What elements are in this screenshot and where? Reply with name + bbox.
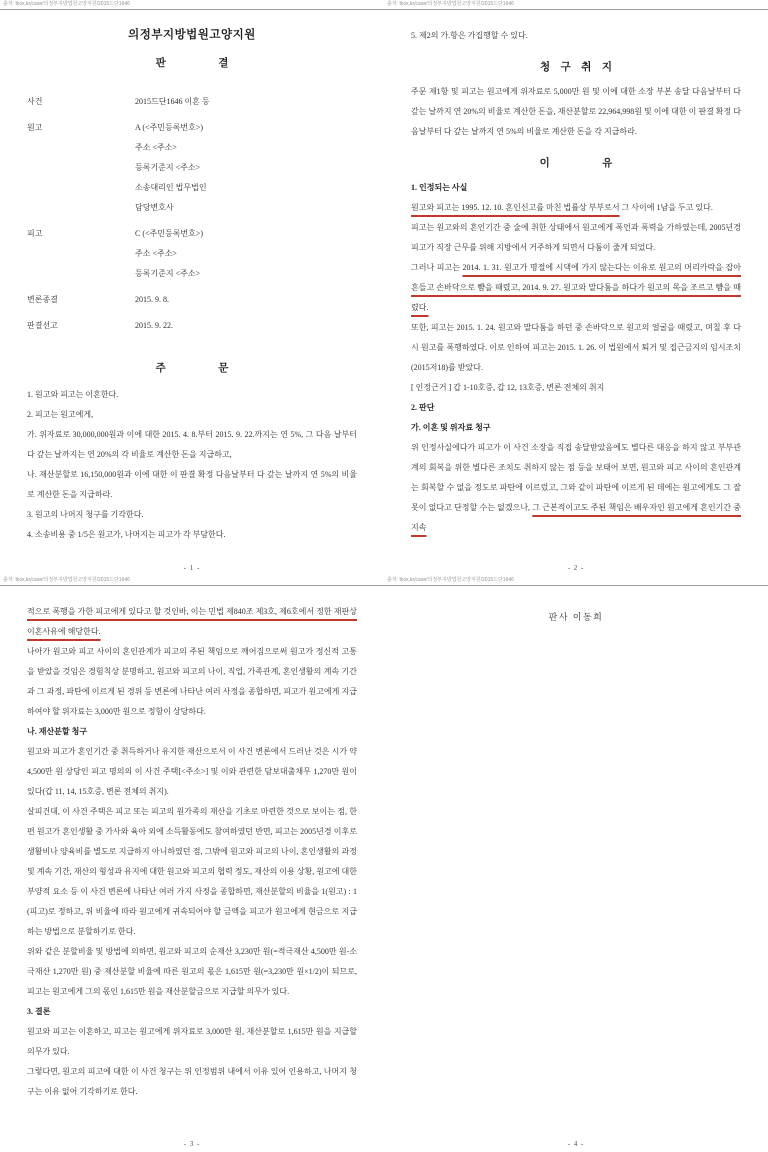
judgment-page-1: 출처: lbox.kr/case/의정부지방법원고양지원/2015드단1646 … [0, 0, 384, 576]
source-attribution: 출처: lbox.kr/case/의정부지방법원고양지원/2015드단1646 [3, 1, 130, 8]
text-segment: 나. 재산분할 청구 [27, 727, 87, 736]
field-value: 2015. 9. 22. [135, 316, 357, 336]
field-value: C (<주민등록번호>) [135, 224, 357, 244]
text-segment: 원고와 피고는 이혼하고, 피고는 원고에게 위자료로 3,000만 원, 재산… [27, 1027, 357, 1056]
text-segment: 그러나 피고는 [411, 263, 462, 272]
section-heading: 가. 이혼 및 위자료 청구 [411, 418, 741, 438]
reasons-continued-body: 적으로 폭행을 가한 피고에게 있다고 할 것인바, 이는 민법 제840조 제… [27, 602, 357, 1102]
paragraph: 가. 위자료로 30,000,000원과 이에 대한 2015. 4. 8.부터… [27, 425, 357, 465]
text-segment: 3. 원고의 나머지 청구를 기각한다. [27, 510, 143, 519]
page-content: 적으로 폭행을 가한 피고에게 있다고 할 것인바, 이는 민법 제840조 제… [27, 586, 357, 1102]
paragraph: 원고와 피고가 혼인기간 중 취득하거나 유지한 재산으로서 이 사건 변론에서… [27, 742, 357, 802]
paragraph: 4. 소송비용 중 1/5은 원고가, 나머지는 피고가 각 부담한다. [27, 525, 357, 545]
text-segment: 피고는 원고와의 혼인기간 중 술에 취한 상태에서 원고에게 폭언과 폭력을 … [411, 223, 741, 252]
text-segment: 나. 재산분할로 16,150,000원과 이에 대한 이 판결 확정 다음날부… [27, 470, 357, 499]
field-label: 사건 [27, 92, 135, 112]
field-value: 담당변호사 [135, 198, 357, 218]
field-label: 판결선고 [27, 316, 135, 336]
text-segment: 그렇다면, 원고의 피고에 대한 이 사건 청구는 위 인정범위 내에서 이유 … [27, 1067, 357, 1096]
field-value: 주소 <주소> [135, 138, 357, 158]
judgment-page-3: 출처: lbox.kr/case/의정부지방법원고양지원/2015드단1646 … [0, 576, 384, 1152]
field-row: 등록기준지 <주소> [27, 158, 357, 178]
page-number: - 4 - [384, 1140, 768, 1148]
text-segment: 위와 같은 분할비율 및 방법에 의하면, 원고와 피고의 순재산 3,230만… [27, 947, 357, 996]
field-value: 2015. 9. 8. [135, 290, 357, 310]
field-row: 원고A (<주민등록번호>) [27, 118, 357, 138]
source-attribution: 출처: lbox.kr/case/의정부지방법원고양지원/2015드단1646 [387, 1, 514, 8]
page-content: 5. 제2의 가.항은 가집행할 수 있다.청 구 취 지주문 제1항 및 피고… [411, 10, 741, 538]
text-segment: 1. 원고와 피고는 이혼한다. [27, 390, 118, 399]
paragraph: 적으로 폭행을 가한 피고에게 있다고 할 것인바, 이는 민법 제840조 제… [27, 602, 357, 642]
paragraph: 그렇다면, 원고의 피고에 대한 이 사건 청구는 위 인정범위 내에서 이유 … [27, 1062, 357, 1102]
text-segment: 5. 제2의 가.항은 가집행할 수 있다. [411, 31, 528, 40]
text-segment: [ 인정근거 ] 갑 1-10호증, 갑 12, 13호증, 변론 전체의 취지 [411, 383, 604, 392]
text-segment: 그 사이에 1남을 두고 있다. [620, 203, 713, 212]
page-content: 의정부지방법원고양지원 판 결 사건2015드단1646 이혼 등원고A (<주… [27, 10, 357, 545]
page-number: - 2 - [384, 564, 768, 572]
paragraph: 2. 피고는 원고에게, [27, 405, 357, 425]
paragraph: 또한, 피고는 2015. 1. 24. 원고와 말다툼을 하던 중 손바닥으로… [411, 318, 741, 378]
field-value: A (<주민등록번호>) [135, 118, 357, 138]
judge-signature: 판사 이동희 [411, 610, 741, 623]
section-heading: 2. 판단 [411, 398, 741, 418]
paragraph: 위 인정사실에다가 피고가 이 사건 소장을 직접 송달받았음에도 별다른 대응… [411, 438, 741, 538]
text-segment: 2. 피고는 원고에게, [27, 410, 93, 419]
claims-and-reasons-body: 5. 제2의 가.항은 가집행할 수 있다.청 구 취 지주문 제1항 및 피고… [411, 26, 741, 538]
text-segment: 가. 위자료로 30,000,000원과 이에 대한 2015. 4. 8.부터… [27, 430, 357, 459]
field-value: 등록기준지 <주소> [135, 158, 357, 178]
text-segment: 4. 소송비용 중 1/5은 원고가, 나머지는 피고가 각 부담한다. [27, 530, 226, 539]
paragraph: [ 인정근거 ] 갑 1-10호증, 갑 12, 13호증, 변론 전체의 취지 [411, 378, 741, 398]
section-heading: 3. 결론 [27, 1002, 357, 1022]
section-heading: 이 유 [411, 155, 741, 170]
field-row: 변론종결2015. 9. 8. [27, 290, 357, 310]
text-segment: 2. 판단 [411, 403, 434, 412]
paragraph: 1. 원고와 피고는 이혼한다. [27, 385, 357, 405]
source-attribution: 출처: lbox.kr/case/의정부지방법원고양지원/2015드단1646 [387, 577, 514, 584]
text-segment: 3. 결론 [27, 1007, 50, 1016]
field-label: 변론종결 [27, 290, 135, 310]
case-fields: 사건2015드단1646 이혼 등원고A (<주민등록번호>)주소 <주소>등록… [27, 92, 357, 336]
paragraph: 피고는 원고와의 혼인기간 중 술에 취한 상태에서 원고에게 폭언과 폭력을 … [411, 218, 741, 258]
red-underlined-text: 적으로 폭행을 가한 피고에게 있다고 할 것인바, 이는 민법 제840조 제… [27, 607, 357, 636]
text-segment: 청 구 취 지 [540, 62, 612, 73]
paragraph: 나아가 원고와 피고 사이의 혼인관계가 피고의 주된 책임으로 깨어짐으로써 … [27, 642, 357, 722]
text-segment: 이 유 [540, 158, 613, 169]
field-row: 소송대리인 법무법인 [27, 178, 357, 198]
text-segment: 1. 인정되는 사실 [411, 183, 467, 192]
field-label [27, 138, 135, 158]
text-segment: 살피건대, 이 사건 주택은 피고 또는 피고의 원가족의 재산을 기초로 마련… [27, 807, 357, 936]
field-row: 등록기준지 <주소> [27, 264, 357, 284]
field-value: 등록기준지 <주소> [135, 264, 357, 284]
paragraph: 5. 제2의 가.항은 가집행할 수 있다. [411, 26, 741, 46]
text-segment: 위 인정사실에다가 피고가 이 사건 소장을 직접 송달받았음에도 별다른 대응… [411, 443, 741, 512]
field-row: 피고C (<주민등록번호>) [27, 224, 357, 244]
field-row: 주소 <주소> [27, 244, 357, 264]
paragraph: 3. 원고의 나머지 청구를 기각한다. [27, 505, 357, 525]
source-attribution: 출처: lbox.kr/case/의정부지방법원고양지원/2015드단1646 [3, 577, 130, 584]
paragraph: 주문 제1항 및 피고는 원고에게 위자료로 5,000만 원 및 이에 대한 … [411, 82, 741, 142]
section-heading: 나. 재산분할 청구 [27, 722, 357, 742]
field-row: 사건2015드단1646 이혼 등 [27, 92, 357, 112]
page-number: - 3 - [0, 1140, 384, 1148]
disposition-body: 1. 원고와 피고는 이혼한다.2. 피고는 원고에게,가. 위자료로 30,0… [27, 385, 357, 545]
judgment-page-4: 출처: lbox.kr/case/의정부지방법원고양지원/2015드단1646 … [384, 576, 768, 1152]
field-label [27, 264, 135, 284]
field-label [27, 198, 135, 218]
field-label: 피고 [27, 224, 135, 244]
text-segment: 나아가 원고와 피고 사이의 혼인관계가 피고의 주된 책임으로 깨어짐으로써 … [27, 647, 357, 716]
text-segment: 주문 제1항 및 피고는 원고에게 위자료로 5,000만 원 및 이에 대한 … [411, 87, 741, 136]
page-content: 판사 이동희 [411, 586, 741, 623]
paragraph: 위와 같은 분할비율 및 방법에 의하면, 원고와 피고의 순재산 3,230만… [27, 942, 357, 1002]
section-heading: 1. 인정되는 사실 [411, 178, 741, 198]
court-name: 의정부지방법원고양지원 [27, 26, 357, 42]
field-row: 주소 <주소> [27, 138, 357, 158]
document-title: 판 결 [27, 55, 357, 70]
field-value: 2015드단1646 이혼 등 [135, 92, 357, 112]
field-row: 판결선고2015. 9. 22. [27, 316, 357, 336]
field-label [27, 244, 135, 264]
text-segment: 원고와 피고가 혼인기간 중 취득하거나 유지한 재산으로서 이 사건 변론에서… [27, 747, 357, 796]
field-value: 소송대리인 법무법인 [135, 178, 357, 198]
judgment-page-2: 출처: lbox.kr/case/의정부지방법원고양지원/2015드단1646 … [384, 0, 768, 576]
text-segment: 가. 이혼 및 위자료 청구 [411, 423, 491, 432]
paragraph: 원고와 피고는 1995. 12. 10. 혼인신고를 마친 법률상 부부로서 … [411, 198, 741, 218]
paragraph: 나. 재산분할로 16,150,000원과 이에 대한 이 판결 확정 다음날부… [27, 465, 357, 505]
text-segment: 또한, 피고는 2015. 1. 24. 원고와 말다툼을 하던 중 손바닥으로… [411, 323, 741, 372]
field-row: 담당변호사 [27, 198, 357, 218]
paragraph: 그러나 피고는 2014. 1. 31. 원고가 명절에 시댁에 가지 않는다는… [411, 258, 741, 318]
paragraph: 살피건대, 이 사건 주택은 피고 또는 피고의 원가족의 재산을 기초로 마련… [27, 802, 357, 942]
section-title-disposition: 주 문 [27, 360, 357, 375]
field-label [27, 158, 135, 178]
document-grid: 출처: lbox.kr/case/의정부지방법원고양지원/2015드단1646 … [0, 0, 768, 1152]
field-label [27, 178, 135, 198]
red-underlined-text: 원고와 피고는 1995. 12. 10. 혼인신고를 마친 법률상 부부로서 [411, 203, 620, 212]
field-value: 주소 <주소> [135, 244, 357, 264]
page-number: - 1 - [0, 564, 384, 572]
field-label: 원고 [27, 118, 135, 138]
section-heading: 청 구 취 지 [411, 59, 741, 74]
paragraph: 원고와 피고는 이혼하고, 피고는 원고에게 위자료로 3,000만 원, 재산… [27, 1022, 357, 1062]
